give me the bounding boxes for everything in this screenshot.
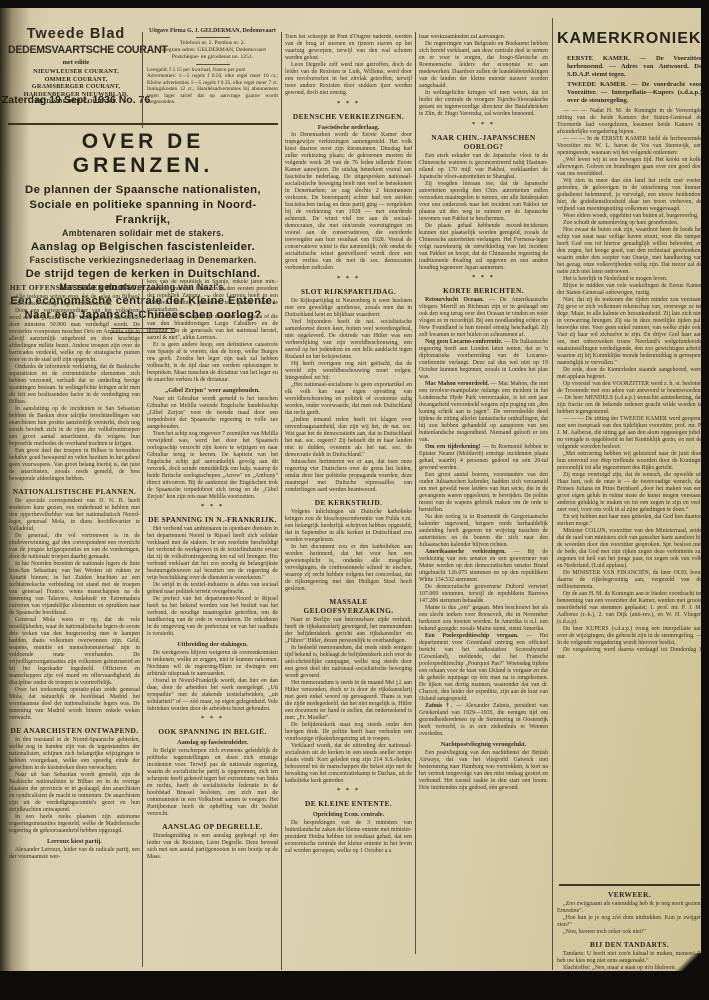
article-subheading: Aanslag op fascistenleider. bbox=[147, 739, 278, 746]
kamerkroniek-title: KAMERKRONIEK. bbox=[557, 30, 701, 48]
stars-separator: * * * bbox=[419, 121, 548, 129]
paragraph: „Wel leven wij in een bewogen tijd. Het … bbox=[557, 157, 701, 178]
stars-separator: * * * bbox=[147, 503, 278, 511]
paragraph: Het memorandum is reeds in de maand Mei … bbox=[285, 680, 412, 722]
article-subheading: Nachtpostvliegtuig verongelukt. bbox=[419, 741, 548, 748]
publisher-contact-line: Telegram-adres: GELDERMAN, Dedemsvaart bbox=[147, 47, 278, 54]
paragraph: Mac Mahon veroordeeld. — Mac Mahon, die … bbox=[419, 381, 548, 444]
paragraph: Hoe zwaar de buien ook zijn, waardoor he… bbox=[557, 227, 701, 276]
paragraph: Maine is dus „om" gegaan. Men beschouwt … bbox=[419, 605, 548, 633]
paragraph: De belijdeniskerk staat nog steeds onder… bbox=[285, 722, 412, 743]
divider bbox=[196, 37, 230, 38]
paragraph: Blijve te midden van vele wankelingen de… bbox=[557, 283, 701, 297]
column-divider bbox=[142, 32, 143, 128]
article-subheading: „Gibel Zerjon" weer aangehouden. bbox=[147, 387, 278, 394]
article-heading: DE SPANNING IN N.-FRANKRIJK. bbox=[147, 515, 278, 524]
paragraph: Nog geen Locarno-conferentie. — De Itali… bbox=[419, 339, 548, 381]
paragraph: De werkgevers blijven weigeren de overee… bbox=[147, 650, 278, 678]
newspaper-page: Tweede Blad DEDEMSVAARTSCHE COURANT met … bbox=[0, 8, 701, 971]
paragraph: Na den oorlog is in Roemenië de Gregoria… bbox=[419, 514, 548, 549]
article-heading: SLOT RIJKSPARTIJDAG. bbox=[285, 287, 412, 296]
headline-subhead: Aanslag op Belgischen fascistenleider. bbox=[8, 240, 278, 255]
paragraph: kers van de republiek in Spanje, enkele … bbox=[147, 279, 278, 314]
article-heading: MASSALE GELOOFSVERZAKING. bbox=[285, 597, 412, 615]
paragraph: En wij hebben met haar mee gebeden, dat … bbox=[557, 514, 701, 528]
paragraph: Een postvliegtuig van den nachtdienst de… bbox=[419, 750, 548, 792]
corner-shadow bbox=[675, 953, 701, 971]
paragraph: Een sterk eskader van de Japansche vloot… bbox=[419, 153, 548, 181]
stars-separator: * * * bbox=[147, 715, 278, 723]
headline-subhead: De plannen der Spaansche nationalisten, bbox=[8, 183, 278, 198]
headline-subhead: Ambtenaren solidair met de stakers. bbox=[8, 227, 278, 239]
publisher-block: Uitgave Firma G. J. GELDERMAN, Dedemsvaa… bbox=[147, 28, 278, 105]
paragraph: In welingelichte kringen wil men weten, … bbox=[419, 90, 548, 118]
column-2: kers van de republiek in Spanje, enkele … bbox=[147, 279, 278, 971]
paragraph: — — — In de EERSTE KAMER hield de herben… bbox=[557, 136, 701, 157]
column-divider bbox=[552, 18, 553, 970]
paragraph: „Het nationaal-socialisme is geen export… bbox=[285, 382, 412, 417]
paragraph: Niet, dat zij de teekenen der tijden min… bbox=[557, 297, 701, 367]
article-heading: DE KLEINE ENTENTE. bbox=[285, 799, 412, 808]
paragraph: Op voorstel van den VOORZITTER werd z. h… bbox=[557, 381, 701, 416]
publisher-contact-line: Postchèque- en girodienst no. 1251. bbox=[147, 54, 278, 61]
paragraph: Amerikaansche verkiezingen. — Bij de ver… bbox=[419, 549, 548, 584]
paragraph-lead-in: Een Poolexpeditieschip vergaan. bbox=[425, 633, 519, 639]
publisher-contact-line: Telefoon nr. 2. Postbus nr. 2. bbox=[147, 40, 278, 47]
column-divider bbox=[415, 32, 416, 954]
stars-separator: * * * bbox=[285, 787, 412, 795]
main-headline: OVER DE GRENZEN. bbox=[8, 130, 278, 178]
paragraph: Naar uit Gibraltar wordt gemeld is het t… bbox=[147, 396, 278, 431]
publisher-name: Uitgave Firma G. J. GELDERMAN, Dedemsvaa… bbox=[147, 28, 278, 34]
article-heading: BIJ DEN TANDARTS. bbox=[557, 940, 701, 949]
paragraph: „Hoe kun je je nog zóó dom uitdrukken. K… bbox=[557, 915, 701, 929]
summary-paragraph: EERSTE KAMER. — De Voorzitter herbenoemd… bbox=[557, 55, 701, 79]
article-heading: DE KERKSTRIJD. bbox=[285, 498, 412, 507]
paragraph: Een Poolexpeditieschip vergaan. — Het de… bbox=[419, 633, 548, 703]
paragraph: De besprekingen van de 3 ministers van b… bbox=[285, 820, 412, 855]
paragraph: „Met ontroering hebben wij geluisterd na… bbox=[557, 451, 701, 472]
paragraph: In België verscherpen zich eveneens gele… bbox=[147, 748, 278, 818]
column-4: haar werkzaamheden zal aanvangen.De rege… bbox=[419, 34, 548, 952]
paragraph: De rede, door de Kamerleden staande aang… bbox=[557, 367, 701, 381]
book-spine-shadow bbox=[0, 8, 30, 971]
paragraph: — — — De zitting der TWEEDE KAMER werd g… bbox=[557, 416, 701, 451]
paragraph: Zij voegden hieraan toe, dat de Japansch… bbox=[419, 181, 548, 223]
paragraph: „Indien iemand reden heeft tot klagen ov… bbox=[285, 417, 412, 459]
paragraph: Veel bijzonders heeft de nat. socialisti… bbox=[285, 319, 412, 361]
article-subheading: Oprichting Econ. centrale. bbox=[285, 811, 412, 818]
headline-subhead: Sociale en politieke spanning in Noord-F… bbox=[8, 198, 278, 228]
paragraph: Toen het schip nog ongeveer 7 zeemijlen … bbox=[147, 431, 278, 501]
newspaper-scan: { "colors": {"paper":"#d9cfae","ink":"#3… bbox=[0, 0, 709, 1000]
paragraph: De prefect van het departement-Noord te … bbox=[147, 596, 278, 638]
paragraph: Weer elders woedt, opgehitst van buiten … bbox=[557, 213, 701, 220]
paragraph-lead-in: Amerikaansche verkiezingen. bbox=[425, 549, 506, 555]
column-divider bbox=[142, 279, 143, 967]
paragraph: In bedoeld memorandum, dat reeds sinds e… bbox=[285, 645, 412, 680]
article-heading: AANSLAG OP DEGRELLE. bbox=[147, 822, 278, 831]
paragraph: Een groot aantal boeren, voorstanders va… bbox=[419, 472, 548, 514]
paragraph: De regeeringen van Belgrado en Boekarest… bbox=[419, 41, 548, 90]
paragraph: Het is heerlijk in Nederland te mogen le… bbox=[557, 276, 701, 283]
paragraph: Op de aan H. M. de Koningin aan te biede… bbox=[557, 591, 701, 626]
paragraph: De plaats gehad hebbende moord-incidente… bbox=[419, 223, 548, 272]
paragraph: Zij moge overtuigd zijn, dat de wensch, … bbox=[557, 472, 701, 514]
paragraph: Er is geen andere hoop, een definitieve … bbox=[147, 342, 278, 384]
column-divider bbox=[281, 32, 282, 970]
paragraph: haar werkzaamheden zal aanvangen. bbox=[419, 34, 548, 41]
paragraph-lead-in: Om een tijdrekening! bbox=[425, 444, 481, 450]
paragraph: Naar te Berlijn van betrouwbare zijde ve… bbox=[285, 617, 412, 645]
paragraph: Toen het scheepje de Pont d'Ougree nader… bbox=[285, 34, 412, 62]
paragraph: In het document zou er den katholieken a… bbox=[285, 544, 412, 593]
summary-paragraph: TWEEDE KAMER. — De voordracht voor Voorz… bbox=[557, 81, 701, 105]
column-3: Toen het scheepje de Pont d'Ougree nader… bbox=[285, 34, 412, 971]
article-subheading: Uitbreiding der stakingen. bbox=[147, 641, 278, 648]
paragraph: Minister COLIJN, voorzitter van den Mini… bbox=[557, 528, 701, 570]
article-heading: KORTE BERICHTEN. bbox=[419, 286, 548, 295]
publisher-contact: Telefoon nr. 2. Postbus nr. 2.Telegram-a… bbox=[147, 40, 278, 61]
paragraph: Zaïmis †. — Alexander Zaïmis, president … bbox=[419, 703, 548, 738]
paragraph: Dinsdagmiddag is een aanslag gepleegd op… bbox=[147, 833, 278, 861]
column-5-kamerkroniek: KAMERKRONIEK. EERSTE KAMER. — De Voorzit… bbox=[557, 22, 701, 971]
paragraph-lead-in: Mac Mahon veroordeeld. bbox=[425, 381, 489, 387]
paragraph: Wij zien in meer dan één land het recht … bbox=[557, 178, 701, 213]
paragraph: De strijd in de textiel-industrie is ald… bbox=[147, 582, 278, 596]
paragraph: Retourvlucht Oceaan. — De Amerikaansche … bbox=[419, 297, 548, 339]
paragraph: Intusschen herinneren we er aan, dat toe… bbox=[285, 459, 412, 494]
paragraph: „Zoo zwijgzaam als vanmiddag heb ik je n… bbox=[557, 901, 701, 915]
divider bbox=[196, 64, 230, 65]
paragraph: Overal in Noord-Frankrijk wordt, dan hie… bbox=[147, 678, 278, 713]
stars-separator: * * * bbox=[285, 275, 412, 283]
headline-subhead: Fascistische verkiezingsnederlaag in Den… bbox=[8, 254, 278, 266]
article-heading: OOK SPANNING IN BELGIË. bbox=[147, 727, 278, 736]
paragraph: „Nou, hooren toch zeker ook niet!" bbox=[557, 929, 701, 936]
paragraph: In Denemarken wordt de Eerste Kamer door… bbox=[285, 132, 412, 272]
paragraph: Leon Degrelle zelf werd niet getroffen, … bbox=[285, 62, 412, 97]
paragraph-lead-in: Zaïmis †. bbox=[425, 703, 452, 709]
paragraph-lead-in: Retourvlucht Oceaan. bbox=[425, 297, 484, 303]
paragraph-lead-in: Nog geen Locarno-conferentie. bbox=[425, 339, 502, 345]
paragraph: De democratische gouverneur Dubord verwi… bbox=[419, 584, 548, 605]
publisher-rate-line: Advertenties: 1—5 regels f 0.50, elke re… bbox=[147, 73, 278, 105]
paragraph: De Rijkspartijdag te Neurenberg is weer … bbox=[285, 298, 412, 319]
paragraph: Volgens inlichtingen uit Duitsche kathol… bbox=[285, 509, 412, 544]
paragraph: De heer KUPERS (s.d.a.p.) vroeg een inte… bbox=[557, 626, 701, 647]
paragraph: Hij heeft overigens nog niet geëischt, d… bbox=[285, 361, 412, 382]
article-heading: NAAR CHIN.-JAPANSCHEN OORLOG? bbox=[419, 133, 548, 151]
stars-separator: * * * bbox=[419, 274, 548, 282]
stars-separator: * * * bbox=[285, 100, 412, 108]
paragraph: Het verbond van ambtenaren in openbare d… bbox=[147, 526, 278, 582]
paragraph: „Tusschen de laaghartige dictatuur van A… bbox=[147, 314, 278, 342]
article-heading: DEENSCHE VERKIEZINGEN. bbox=[285, 112, 412, 121]
publisher-rates: Leesgeld: f 1.15 per kwartaal, franco pe… bbox=[147, 67, 278, 105]
paragraph: Verklaard wordt, dat de uittreding der n… bbox=[285, 743, 412, 785]
article-subheading: Fascistische nederlaag. bbox=[285, 124, 412, 131]
paragraph: Zoo schudt de samenleving op hare grondv… bbox=[557, 220, 701, 227]
section-rule bbox=[559, 884, 700, 886]
paragraph: Om een tijdrekening! — In Roemenië hebbe… bbox=[419, 444, 548, 472]
paragraph: — — — Nadat H. M. de Koningin in de Vere… bbox=[557, 108, 701, 136]
article-heading: VERWEER. bbox=[557, 890, 701, 899]
paragraph: De vergadering werd daarna verdaagd tot … bbox=[557, 647, 701, 661]
kamerkroniek-body: EERSTE KAMER. — De Voorzitter herbenoemd… bbox=[557, 55, 701, 880]
paragraph: De MINISTER VAN FINANCIËN, de heer OUD, … bbox=[557, 570, 701, 591]
